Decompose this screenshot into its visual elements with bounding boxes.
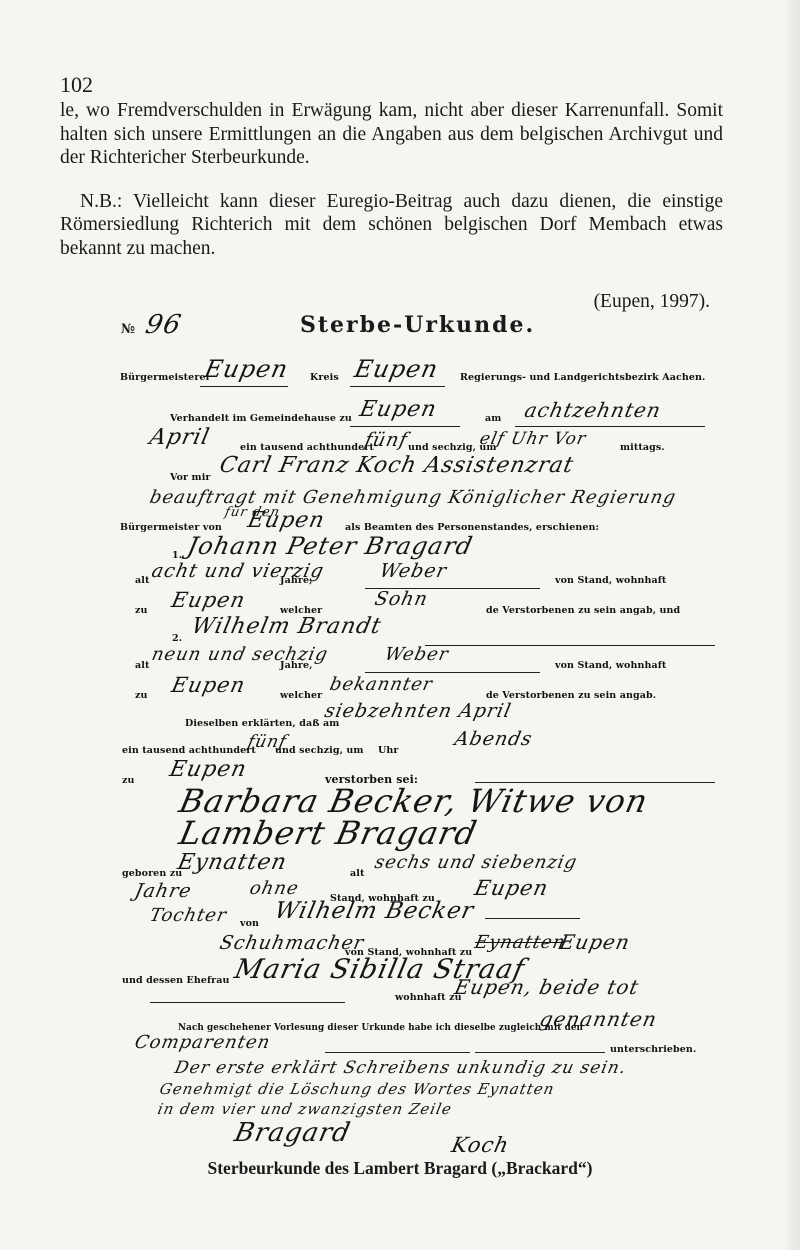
hw-ort: Eupen (357, 397, 439, 422)
hw-vater-stand: Schuhmacher (218, 932, 367, 954)
hw-verstorbene-zeile2: Lambert Bragard (176, 814, 481, 852)
label-und-dessen-ehefrau: und dessen Ehefrau (122, 975, 230, 986)
hw-tod-tag: siebzehnten April (323, 700, 514, 722)
label-von-stand-2: von Stand, wohnhaft (555, 660, 666, 671)
hw-jahre: Jahre (133, 880, 194, 902)
label-kreis: Kreis (310, 372, 339, 383)
label-geboren-zu: geboren zu (122, 868, 182, 879)
hw-zeuge2-stand: Weber (383, 644, 451, 665)
label-von: von (240, 918, 259, 929)
hw-tod-ort: Eupen (167, 757, 249, 782)
label-und-sechzig-2: und sechzig, um (275, 745, 364, 756)
hw-vermerk2: Genehmigt die Löschung des Wortes Eynatt… (158, 1080, 556, 1098)
label-jahr: ein tausend achthundert (240, 442, 374, 453)
hw-wohnort: Eupen (472, 876, 550, 900)
hw-zeuge1-name: Johann Peter Bragard (185, 532, 475, 560)
hw-uhr: elf Uhr Vor (478, 429, 588, 449)
label-jahr-2: ein tausend achthundert (122, 745, 256, 756)
hw-unterschrift-koch: Koch (449, 1133, 511, 1157)
hw-zeuge2-beziehung: bekannter (328, 674, 435, 695)
hw-jahr: fünf (363, 429, 410, 451)
hw-kreis: Eupen (352, 355, 441, 383)
label-alt-3: alt (350, 868, 364, 879)
hw-zeuge2-ort: Eupen (169, 673, 247, 697)
label-des-verstorbenen-und: de Verstorbenen zu sein angab, und (486, 605, 680, 616)
label-welcher-2: welcher (280, 690, 322, 701)
label-alt-2: alt (135, 660, 149, 671)
hw-tochter: Tochter (148, 905, 229, 926)
label-alt: alt (135, 575, 149, 586)
hw-alter: sechs und siebenzig (373, 852, 580, 873)
death-certificate: № 96 Sterbe-Urkunde. Bürgermeisterei Eup… (0, 0, 800, 1250)
label-am: am (485, 413, 501, 424)
label-zu-2: zu (135, 690, 148, 701)
hw-vater: Wilhelm Becker (272, 898, 476, 924)
hw-mit-den: genannten (537, 1007, 659, 1031)
label-verhandelt: Verhandelt im Gemeindehause zu (170, 413, 352, 424)
label-von-stand: von Stand, wohnhaft (555, 575, 666, 586)
hw-vermerk3: in dem vier und zwanzigsten Zeile (156, 1100, 454, 1118)
hw-datum-tag: achtzehnten (522, 398, 663, 422)
label-jahre-2: Jahre, (280, 660, 313, 671)
hw-zeuge1-beziehung: Sohn (373, 588, 431, 610)
label-unterschrieben: unterschrieben. (610, 1044, 696, 1055)
hw-mutter-wohnort: Eupen, beide tot (452, 975, 641, 999)
label-bezirk: Regierungs- und Landgerichtsbezirk Aache… (460, 372, 705, 383)
hw-zeuge2-name: Wilhelm Brandt (189, 614, 384, 639)
hw-vermerk1: Der erste erklärt Schreibens unkundig zu… (173, 1058, 628, 1078)
hw-zeuge1-ort: Eupen (169, 588, 247, 612)
hw-unterschrift-bragard: Bragard (232, 1118, 354, 1148)
certificate-number: 96 (143, 310, 184, 340)
certificate-number-label: № (121, 322, 135, 337)
hw-monat: April (147, 425, 212, 450)
label-dieselben: Dieselben erklärten, daß am (185, 718, 339, 729)
hw-beamter-name: Carl Franz Koch Assistenzrat (217, 453, 576, 478)
label-buergermeisterei: Bürgermeisterei (120, 372, 209, 383)
hw-buergermeisterei: Eupen (202, 355, 291, 383)
hw-vater-wohnort: Eupen (557, 930, 632, 954)
hw-stand: ohne (248, 878, 301, 899)
label-uhr-2: Uhr (378, 745, 399, 756)
hw-geboren-ort: Eynatten (175, 850, 289, 875)
label-jahre: Jahre, (280, 575, 313, 586)
label-n2: 2. (172, 633, 182, 644)
hw-vater-wohnort-gestrichen: Eynatten (473, 932, 568, 953)
hw-buergermeister-von: Eupen (245, 508, 327, 533)
label-zu-3: zu (122, 775, 135, 786)
label-mittags: mittags. (620, 442, 665, 453)
figure-caption: Sterbeurkunde des Lambert Bragard („Brac… (0, 1158, 800, 1179)
hw-tod-uhr: Abends (453, 728, 535, 750)
hw-zeuge1-stand: Weber (378, 560, 449, 582)
label-vor-mir: Vor mir (170, 472, 211, 483)
label-zu: zu (135, 605, 148, 616)
certificate-title: Sterbe-Urkunde. (300, 312, 535, 338)
hw-komparenten: Comparenten (133, 1032, 273, 1053)
